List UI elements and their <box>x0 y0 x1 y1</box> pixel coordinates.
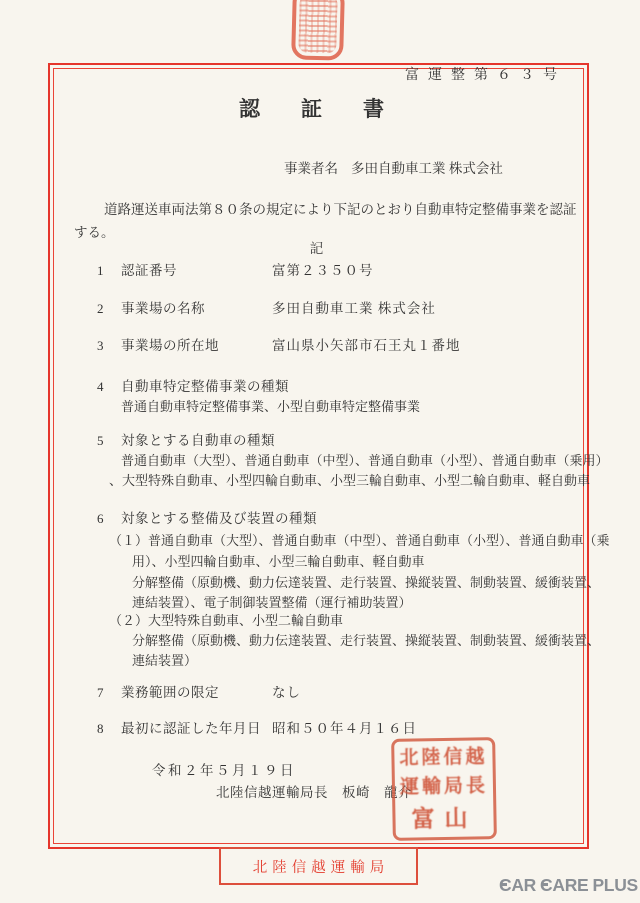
footer-office-box: 北陸信越運輸局 <box>219 847 418 885</box>
record-mark: 記 <box>48 240 585 257</box>
item-5-number: 5 <box>97 432 104 449</box>
item-3-label: 事業場の所在地 <box>121 337 219 354</box>
seal-text-row-2: 運輸局長 <box>400 777 488 798</box>
issuer-name: 北陸信越運輸局長 板崎 龍介 <box>216 784 412 801</box>
logo-word-care: CARE <box>540 875 588 895</box>
item-6-sub2-number: （２） <box>109 612 148 629</box>
item-3-number: 3 <box>97 337 104 354</box>
item-6-sub2-line-2: 分解整備（原動機、動力伝達装置、走行装置、操縦装置、制動装置、緩衝装置、 <box>132 632 600 649</box>
item-3-value: 富山県小矢部市石王丸１番地 <box>272 337 461 354</box>
page-title: 認 証 書 <box>48 101 585 118</box>
logo-word-plus: PLUS <box>592 875 637 895</box>
item-6-sub1-line-3: 分解整備（原動機、動力伝達装置、走行装置、操縦装置、制動装置、緩衝装置、 <box>132 574 600 591</box>
item-5-line-2: 、大型特殊自動車、小型四輪自動車、小型三輪自動車、小型二輪自動車、軽自動車 <box>109 472 590 489</box>
official-seal-stamp-icon: 北陸信越 運輸局長 富山 <box>391 737 497 841</box>
top-seal-stamp-icon <box>291 0 345 61</box>
item-5-line-1: 普通自動車（大型）、普通自動車（中型）、普通自動車（小型）、普通自動車（乗用） <box>121 452 609 469</box>
item-6-label: 対象とする整備及び装置の種類 <box>121 510 317 527</box>
item-6-sub2-line-3: 連結装置） <box>132 652 197 669</box>
logo-text-ar: AR <box>511 875 536 895</box>
footer-office-label: 北陸信越運輸局 <box>248 856 390 877</box>
item-6-sub1-number: （１） <box>109 532 148 549</box>
item-4-label: 自動車特定整備事業の種類 <box>121 378 289 395</box>
logo-barred-c-icon: C <box>540 875 552 896</box>
logo-text-are: ARE <box>552 875 588 895</box>
document-number: 富運整第６３号 <box>405 67 566 84</box>
business-owner-line: 事業者名多田自動車工業 株式会社 <box>284 160 503 177</box>
seal-text-row-3: 富山 <box>411 806 477 830</box>
item-1-label: 認証番号 <box>121 262 177 279</box>
business-owner-label: 事業者名 <box>284 161 338 176</box>
preamble-line-1: 道路運送車両法第８０条の規定により下記のとおり自動車特定整備事業を認証 <box>104 201 577 218</box>
logo-barred-c-icon: C <box>499 875 511 896</box>
item-1-number: 1 <box>97 262 104 279</box>
certificate-page: 富運整第６３号 認 証 書 事業者名多田自動車工業 株式会社 道路運送車両法第８… <box>0 0 640 903</box>
item-6-sub2-line-1: 大型特殊自動車、小型二輪自動車 <box>148 612 343 629</box>
carcareplus-logo: CARCAREPLUS <box>499 875 638 896</box>
item-1-value: 富第２３５０号 <box>272 262 374 279</box>
item-2-label: 事業場の名称 <box>121 300 205 317</box>
item-6-sub1-line-1: 普通自動車（大型）、普通自動車（中型）、普通自動車（小型）、普通自動車（乗 <box>148 532 610 549</box>
item-8-value: 昭和５０年４月１６日 <box>272 720 417 737</box>
item-8-number: 8 <box>97 720 104 737</box>
item-6-sub1-line-4: 連結装置）、電子制御装置整備（運行補助装置） <box>132 594 412 611</box>
item-7-label: 業務範囲の限定 <box>121 684 219 701</box>
item-2-value: 多田自動車工業 株式会社 <box>272 300 436 317</box>
item-7-value: なし <box>272 684 301 701</box>
item-4-line-1: 普通自動車特定整備事業、小型自動車特定整備事業 <box>121 398 420 415</box>
seal-text-row-1: 北陸信越 <box>399 747 487 768</box>
issue-date: 令和２年５月１９日 <box>152 762 296 779</box>
item-7-number: 7 <box>97 684 104 701</box>
item-6-number: 6 <box>97 510 104 527</box>
item-4-number: 4 <box>97 378 104 395</box>
item-6-sub1-line-2: 用）、小型四輪自動車、小型三輪自動車、軽自動車 <box>132 553 425 570</box>
business-owner-name: 多田自動車工業 株式会社 <box>351 161 503 176</box>
item-5-label: 対象とする自動車の種類 <box>121 432 275 449</box>
item-2-number: 2 <box>97 300 104 317</box>
logo-word-car: CAR <box>499 875 536 895</box>
preamble-line-2: する。 <box>74 224 115 241</box>
item-8-label: 最初に認証した年月日 <box>121 720 261 737</box>
